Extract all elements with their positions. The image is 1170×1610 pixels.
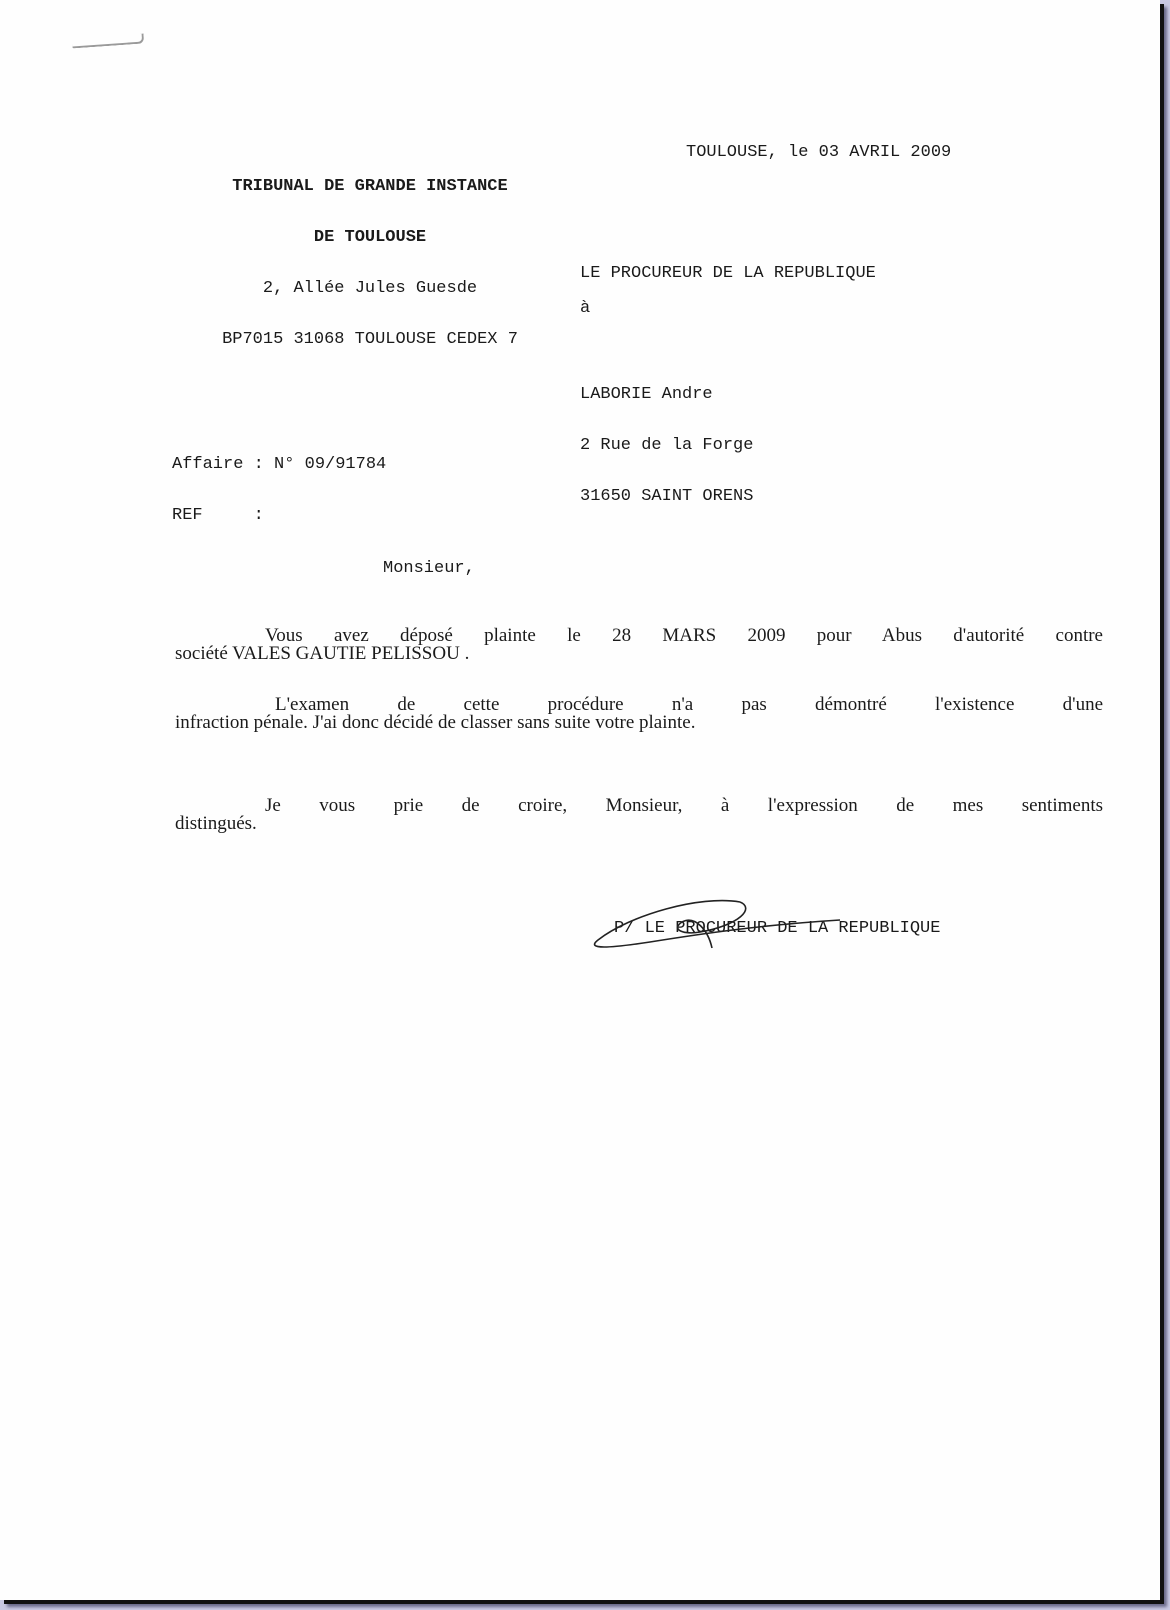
paragraph-line: infraction pénale. J'ai donc décidé de c… <box>175 714 1103 732</box>
staple-mark <box>72 34 145 49</box>
recipient-street: 2 Rue de la Forge <box>580 437 753 454</box>
affaire-number: Affaire : N° 09/91784 <box>172 456 386 473</box>
paragraph-line: Je vous prie de croire, Monsieur, à l'ex… <box>175 797 1103 815</box>
sender-court-name: TRIBUNAL DE GRANDE INSTANCE <box>190 178 550 195</box>
paragraph-closing: Je vous prie de croire, Monsieur, à l'ex… <box>175 797 1103 833</box>
letter-page: TRIBUNAL DE GRANDE INSTANCE DE TOULOUSE … <box>0 0 1160 1600</box>
reference-block: Affaire : N° 09/91784 REF : <box>172 422 386 558</box>
sender-court-city: DE TOULOUSE <box>190 229 550 246</box>
to-word: à <box>580 300 590 317</box>
handwritten-signature-icon <box>590 890 850 970</box>
recipient-name: LABORIE Andre <box>580 386 753 403</box>
recipient-block: LABORIE Andre 2 Rue de la Forge 31650 SA… <box>580 352 753 539</box>
paragraph-decision: L'examen de cette procédure n'a pas démo… <box>175 696 1103 732</box>
salutation: Monsieur, <box>383 560 475 577</box>
paragraph-complaint: Vous avez déposé plainte le 28 MARS 2009… <box>175 627 1103 663</box>
sender-street: 2, Allée Jules Guesde <box>190 280 550 297</box>
paragraph-line: distingués. <box>175 815 1103 833</box>
sender-block: TRIBUNAL DE GRANDE INSTANCE DE TOULOUSE … <box>190 144 550 382</box>
ref-line: REF : <box>172 507 386 524</box>
paragraph-line: société VALES GAUTIE PELISSOU . <box>175 645 1103 663</box>
recipient-city: 31650 SAINT ORENS <box>580 488 753 505</box>
letter-date: TOULOUSE, le 03 AVRIL 2009 <box>686 144 951 161</box>
from-title: LE PROCUREUR DE LA REPUBLIQUE <box>580 265 876 282</box>
sender-postal: BP7015 31068 TOULOUSE CEDEX 7 <box>190 331 550 348</box>
